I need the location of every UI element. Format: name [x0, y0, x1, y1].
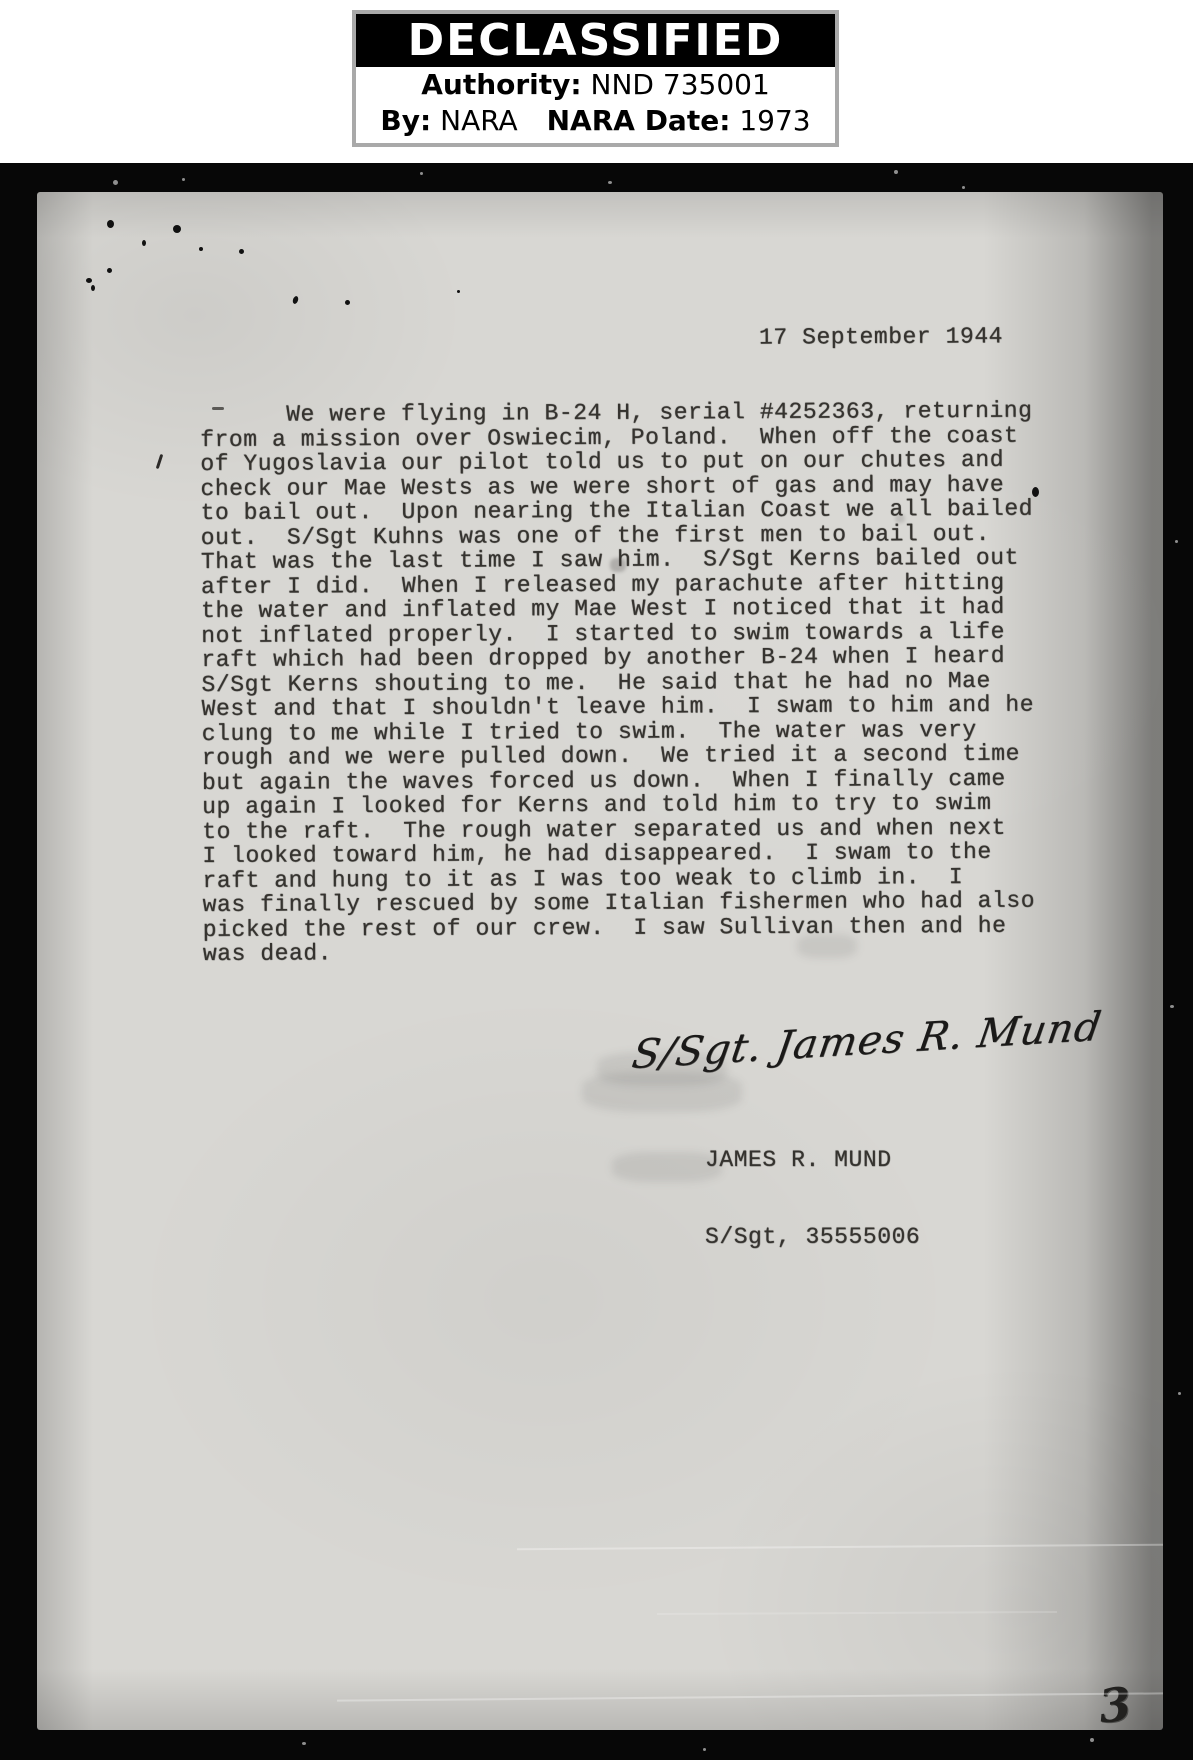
ink-speck — [1032, 487, 1039, 497]
ink-speck — [107, 268, 112, 273]
dust-speck — [182, 178, 185, 181]
dust-speck — [1090, 1738, 1094, 1742]
header-band: DECLASSIFIED Authority: NND 735001 By: N… — [0, 0, 1193, 163]
letter-date: 17 September 1944 — [759, 323, 1003, 350]
ink-speck — [86, 278, 92, 283]
bleed-through-mark — [612, 1152, 722, 1182]
dust-speck — [113, 180, 118, 185]
letter-page: 17 September 1944 We were flying in B-24… — [37, 192, 1163, 1730]
document-scan: DECLASSIFIED Authority: NND 735001 By: N… — [0, 0, 1193, 1760]
dust-speck — [703, 1748, 706, 1751]
body-line: picked the rest of our crew. I saw Sulli… — [203, 913, 1036, 942]
scan-scratch — [517, 1544, 1163, 1551]
authority-value: NND 735001 — [591, 68, 770, 101]
stamp-by-line: By: NARA NARA Date: 1973 — [356, 103, 835, 139]
by-value: NARA — [440, 104, 518, 137]
dust-speck — [608, 181, 612, 184]
nara-date-value: 1973 — [739, 104, 810, 137]
by-label: By: — [380, 104, 431, 137]
body-line: was dead. — [203, 938, 1036, 967]
handwritten-page-number: 3 — [1096, 1676, 1133, 1733]
stamp-title: DECLASSIFIED — [408, 19, 784, 63]
typed-rank-serial: S/Sgt, 35555006 — [705, 1225, 920, 1250]
body-lines: We were flying in B-24 H, serial #425236… — [200, 399, 1035, 967]
declassified-stamp: DECLASSIFIED Authority: NND 735001 By: N… — [352, 10, 839, 147]
ink-speck — [345, 300, 350, 305]
authority-label: Authority: — [421, 68, 581, 101]
scan-scratch — [657, 1611, 1057, 1615]
ink-speck — [91, 285, 95, 291]
dust-speck — [962, 186, 965, 189]
ink-smudge — [895, 514, 905, 523]
typed-name: JAMES R. MUND — [705, 1148, 920, 1173]
dust-speck — [1175, 540, 1178, 543]
ink-speck — [107, 220, 114, 228]
ink-speck — [457, 290, 460, 293]
pencil-dash — [212, 407, 224, 410]
stamp-title-bar: DECLASSIFIED — [356, 14, 835, 67]
stamp-authority-line: Authority: NND 735001 — [356, 67, 835, 103]
bleed-through-mark — [797, 934, 857, 958]
dust-speck — [1170, 1005, 1174, 1008]
ink-speck — [173, 225, 181, 233]
bleed-through-mark — [582, 1072, 742, 1112]
ink-speck — [292, 295, 299, 304]
typed-signature-block: JAMES R. MUND S/Sgt, 35555006 — [705, 1096, 920, 1301]
ink-speck — [199, 247, 203, 251]
dust-speck — [894, 170, 898, 174]
ink-smudge — [610, 558, 626, 572]
dust-speck — [302, 1742, 306, 1745]
ink-speck — [239, 249, 244, 254]
dust-speck — [1178, 1392, 1181, 1395]
margin-tick — [156, 454, 163, 469]
ink-speck — [142, 240, 146, 246]
scan-scratch — [337, 1692, 1163, 1701]
dust-speck — [420, 172, 423, 175]
nara-date-label: NARA Date: — [547, 104, 731, 137]
